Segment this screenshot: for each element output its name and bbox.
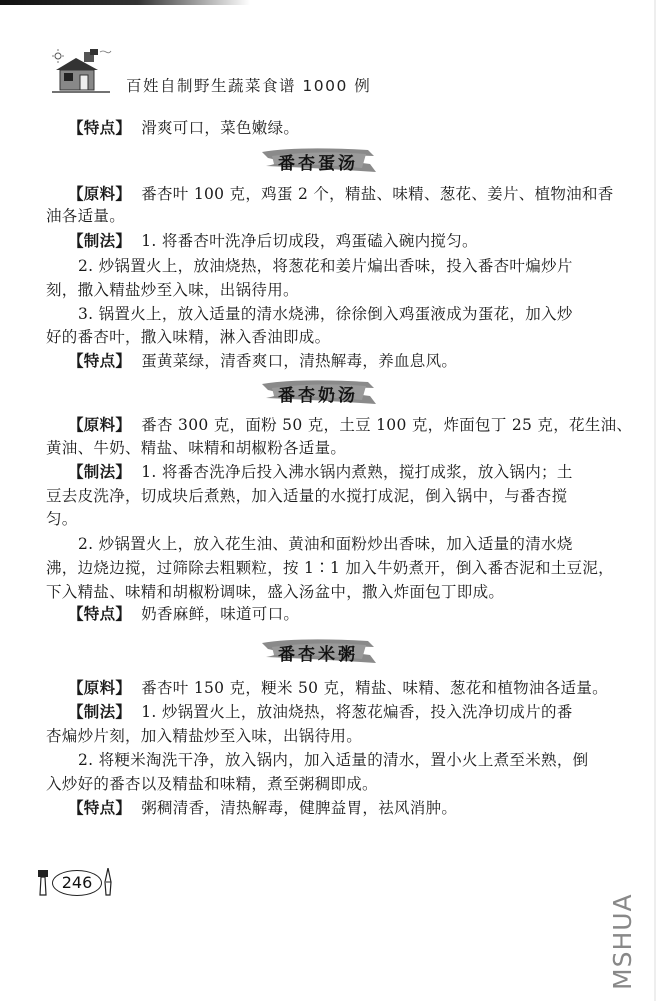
- method-line: 2. 炒锅置火上，放入花生油、黄油和面粉炒出香味，加入适量的清水烧: [78, 534, 598, 554]
- recipe-title-2: 番杏奶汤: [258, 376, 378, 408]
- book-title: 百姓自制野生蔬菜食谱 1000 例: [126, 74, 371, 96]
- features-line: 【特点】奶香麻鲜，味道可口。: [68, 604, 588, 624]
- method-line: 【制法】1. 将番杏洗净后投入沸水锅内煮熟，搅打成浆，放入锅内；土: [68, 462, 588, 482]
- method-line: 好的番杏叶，撒入味精，淋入香油即成。: [46, 327, 566, 347]
- method-line: 匀。: [46, 509, 566, 529]
- page-number-badge: 246: [36, 868, 116, 898]
- method-line: 2. 炒锅置火上，放油烧热，将葱花和姜片煸出香味，投入番杏叶煸炒片: [78, 256, 598, 276]
- watermark: MSHUA: [608, 880, 638, 990]
- ingredients-line: 黄油、牛奶、精盐、味精和胡椒粉各适量。: [46, 438, 566, 458]
- features-line: 【特点】蛋黄菜绿，清香爽口，清热解毒，养血息风。: [68, 351, 588, 371]
- recipe-title-3: 番杏米粥: [258, 635, 378, 667]
- scan-edge-bar: [0, 0, 250, 5]
- running-header: 百姓自制野生蔬菜食谱 1000 例: [50, 48, 450, 96]
- method-line: 沸，边烧边搅，过筛除去粗颗粒，按 1∶1 加入牛奶煮开，倒入番杏泥和土豆泥，: [46, 558, 566, 578]
- method-line: 3. 锅置火上，放入适量的清水烧沸，徐徐倒入鸡蛋液成为蛋花，加入炒: [78, 304, 598, 324]
- method-line: 刻，撒入精盐炒至入味，出锅待用。: [46, 280, 566, 300]
- knife-icon: [104, 868, 112, 896]
- method-line: 2. 将粳米淘洗干净，放入锅内，加入适量的清水，置小火上煮至米熟，倒: [78, 750, 598, 770]
- features-line: 【特点】粥稠清香，清热解毒，健脾益胃，祛风消肿。: [68, 798, 588, 818]
- ingredients-line: 【原料】番杏 300 克，面粉 50 克，土豆 100 克，炸面包丁 25 克，…: [68, 415, 588, 435]
- method-line: 豆去皮洗净，切成块后煮熟，加入适量的水搅打成泥，倒入锅中，与番杏搅: [46, 486, 566, 506]
- method-line: 入炒好的番杏以及精盐和味精，煮至粥稠即成。: [46, 774, 566, 794]
- page-edge: [654, 0, 656, 1001]
- method-line: 杏煸炒片刻，加入精盐炒至入味，出锅待用。: [46, 726, 566, 746]
- page-number: 246: [52, 870, 102, 896]
- ingredients-line: 【原料】番杏叶 100 克，鸡蛋 2 个，精盐、味精、葱花、姜片、植物油和香: [68, 184, 588, 204]
- recipe-title-1: 番杏蛋汤: [258, 144, 378, 176]
- house-icon: [50, 48, 112, 94]
- method-line: 【制法】1. 将番杏叶洗净后切成段，鸡蛋磕入碗内搅匀。: [68, 231, 588, 251]
- method-line: 下入精盐、味精和胡椒粉调味，盛入汤盆中，撒入炸面包丁即成。: [46, 582, 566, 602]
- method-line: 【制法】1. 炒锅置火上，放油烧热，将葱花煸香，投入洗净切成片的番: [68, 702, 588, 722]
- ingredients-line: 油各适量。: [46, 206, 566, 226]
- fork-icon: [38, 870, 48, 896]
- ingredients-line: 【原料】番杏叶 150 克，粳米 50 克，精盐、味精、葱花和植物油各适量。: [68, 678, 588, 698]
- prev-features: 【特点】滑爽可口，菜色嫩绿。: [68, 118, 588, 138]
